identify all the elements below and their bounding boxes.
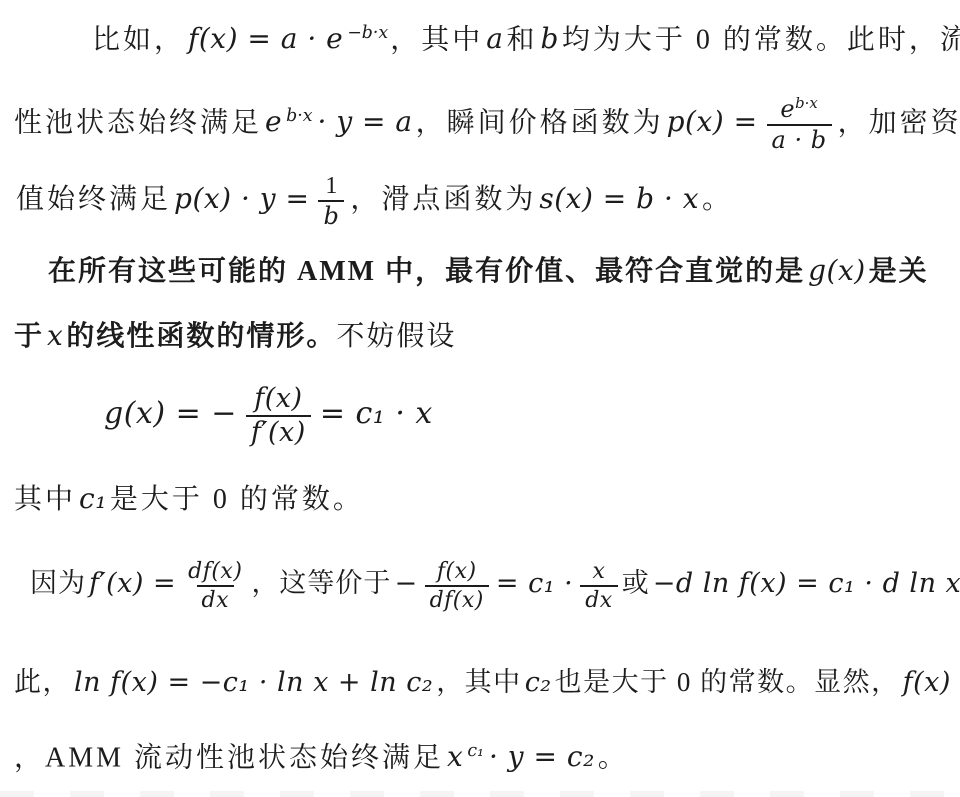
fraction-numerator: 1 [320,172,342,200]
text-run: ，加密资产市 [838,107,960,138]
text-run: 。 [598,742,629,773]
text-run: 值始终满足 [16,184,171,215]
fraction-denominator: dx [580,585,618,614]
math-run: df(x) [430,588,484,613]
math-superscript: c₁ [467,741,484,761]
math-run: f(x) = a · e [188,22,343,55]
math-run: df(x) [188,559,242,584]
math-run: · y = c₂ [489,740,595,773]
paragraph-line-bold: 在所有这些可能的 AMM 中，最有价值、最符合直觉的是g(x)是关 [48,248,929,295]
paragraph-line: 因为f′(x) =df(x)dx，这等价于−f(x)df(x)= c₁ ·xdx… [30,538,960,628]
text-run: 于 [14,321,44,352]
text-run: 因为 [30,568,86,598]
math-run: c₁ [79,482,107,515]
text-run: ，这等价于 [251,568,391,598]
text-run: 不妨假设 [336,321,456,352]
text-run: 和 [506,24,537,55]
text-run: 在所有这些可能的 AMM 中，最有价值、最符合直觉的是 [48,256,805,287]
fraction-numerator: x [587,558,610,585]
paragraph-line: 值始终满足p(x) · y =1b，滑点函数为s(x) = b · x。 [16,160,733,238]
fraction-denominator: f′(x) [246,415,311,449]
math-run: f′(x) = [89,568,176,599]
math-run: s(x) = b · x [539,182,699,215]
fraction-denominator: df(x) [425,585,489,614]
paragraph-line: 比如，f(x) = a · e−b·x，其中a和b均为大于 0 的常数。此时，流… [92,10,960,63]
fraction: f(x)df(x) [425,558,489,614]
text-run: ，其中 [390,24,483,55]
math-run: = c₁ · [496,568,573,599]
paragraph-line-bold: 于x的线性函数的情形。不妨假设 [14,313,456,360]
math-run: f(x) = c₂ · x [903,667,960,698]
math-run: e [780,95,795,123]
cropped-next-line-artifact [0,791,960,797]
math-run: = c₁ · x [320,396,433,431]
fraction-denominator: b [318,200,344,231]
text-run: 其中 [14,484,76,515]
text-run: 此， [14,667,71,697]
math-run: p(x) = [667,105,758,138]
math-run: x [447,740,463,773]
text-run: ，滑点函数为 [350,184,536,215]
paragraph-line: ，AMM 流动性池状态始终满足xc₁· y = c₂。 [14,726,629,783]
text-run: 的线性函数的情形。 [66,321,336,352]
math-run: x [592,559,605,584]
text-run: 比如， [92,24,185,55]
text-run: 是大于 0 的常数。 [110,484,364,515]
math-run: dx [585,588,613,613]
math-run: dx [202,588,230,613]
math-run: g(x) [808,254,866,287]
fraction: eb·xa · b [767,95,832,156]
fraction: xdx [580,558,618,614]
fraction-numerator: f(x) [432,558,482,585]
math-run: b [540,22,558,55]
math-run: p(x) · y = [174,182,309,215]
paragraph-line: 其中c₁是大于 0 的常数。 [14,476,364,523]
math-superscript: b·x [286,106,312,126]
math-run: − [394,568,417,599]
fraction: f(x)f′(x) [246,383,311,449]
math-run: g(x) = − [104,396,237,431]
math-run: a · b [772,126,827,154]
fraction-numerator: df(x) [183,558,247,585]
math-run: f(x) [437,559,477,584]
fraction: df(x)dx [183,558,247,614]
text-run: ，其中 [436,667,522,697]
math-run: f(x) [254,383,302,414]
paragraph-line: 此，ln f(x) = −c₁ · ln x + ln c₂，其中c₂也是大于 … [14,650,960,708]
fraction-denominator: a · b [767,124,832,155]
document-page: 比如，f(x) = a · e−b·x，其中a和b均为大于 0 的常数。此时，流… [0,0,960,797]
math-run: −d ln f(x) = c₁ · d ln x [653,568,960,599]
text-run: 是关 [869,256,929,287]
text-run: ，AMM 流动性池状态始终满足 [14,742,444,773]
paragraph-line: 性池状态始终满足eb·x· y = a，瞬间价格函数为p(x) =eb·xa ·… [14,70,960,162]
text-run: 性池状态始终满足 [14,107,262,138]
math-run: a [486,22,503,55]
fraction-denominator: dx [197,585,235,614]
text-run: ，瞬间价格函数为 [416,107,664,138]
text-run: 也是大于 0 的常数。显然， [555,667,900,697]
text-run: 。 [702,184,733,215]
math-superscript: b·x [795,94,818,112]
math-run: c₂ [525,667,552,698]
math-run: ln f(x) = −c₁ · ln x + ln c₂ [74,667,433,698]
text-run: 或 [622,568,650,598]
math-run: x [47,319,63,352]
math-run: f′(x) [251,417,306,448]
fraction-numerator: f(x) [249,383,307,415]
math-run: b [323,202,339,230]
fraction-numerator: eb·x [775,95,822,124]
math-superscript: −b·x [347,23,388,43]
math-run: · y = a [318,105,413,138]
math-run: e [265,105,282,138]
fraction: 1b [318,172,344,232]
text-run: 均为大于 0 的常数。此时，流动 [562,24,960,55]
display-formula: g(x) = −f(x)f′(x)= c₁ · x [95,376,436,452]
